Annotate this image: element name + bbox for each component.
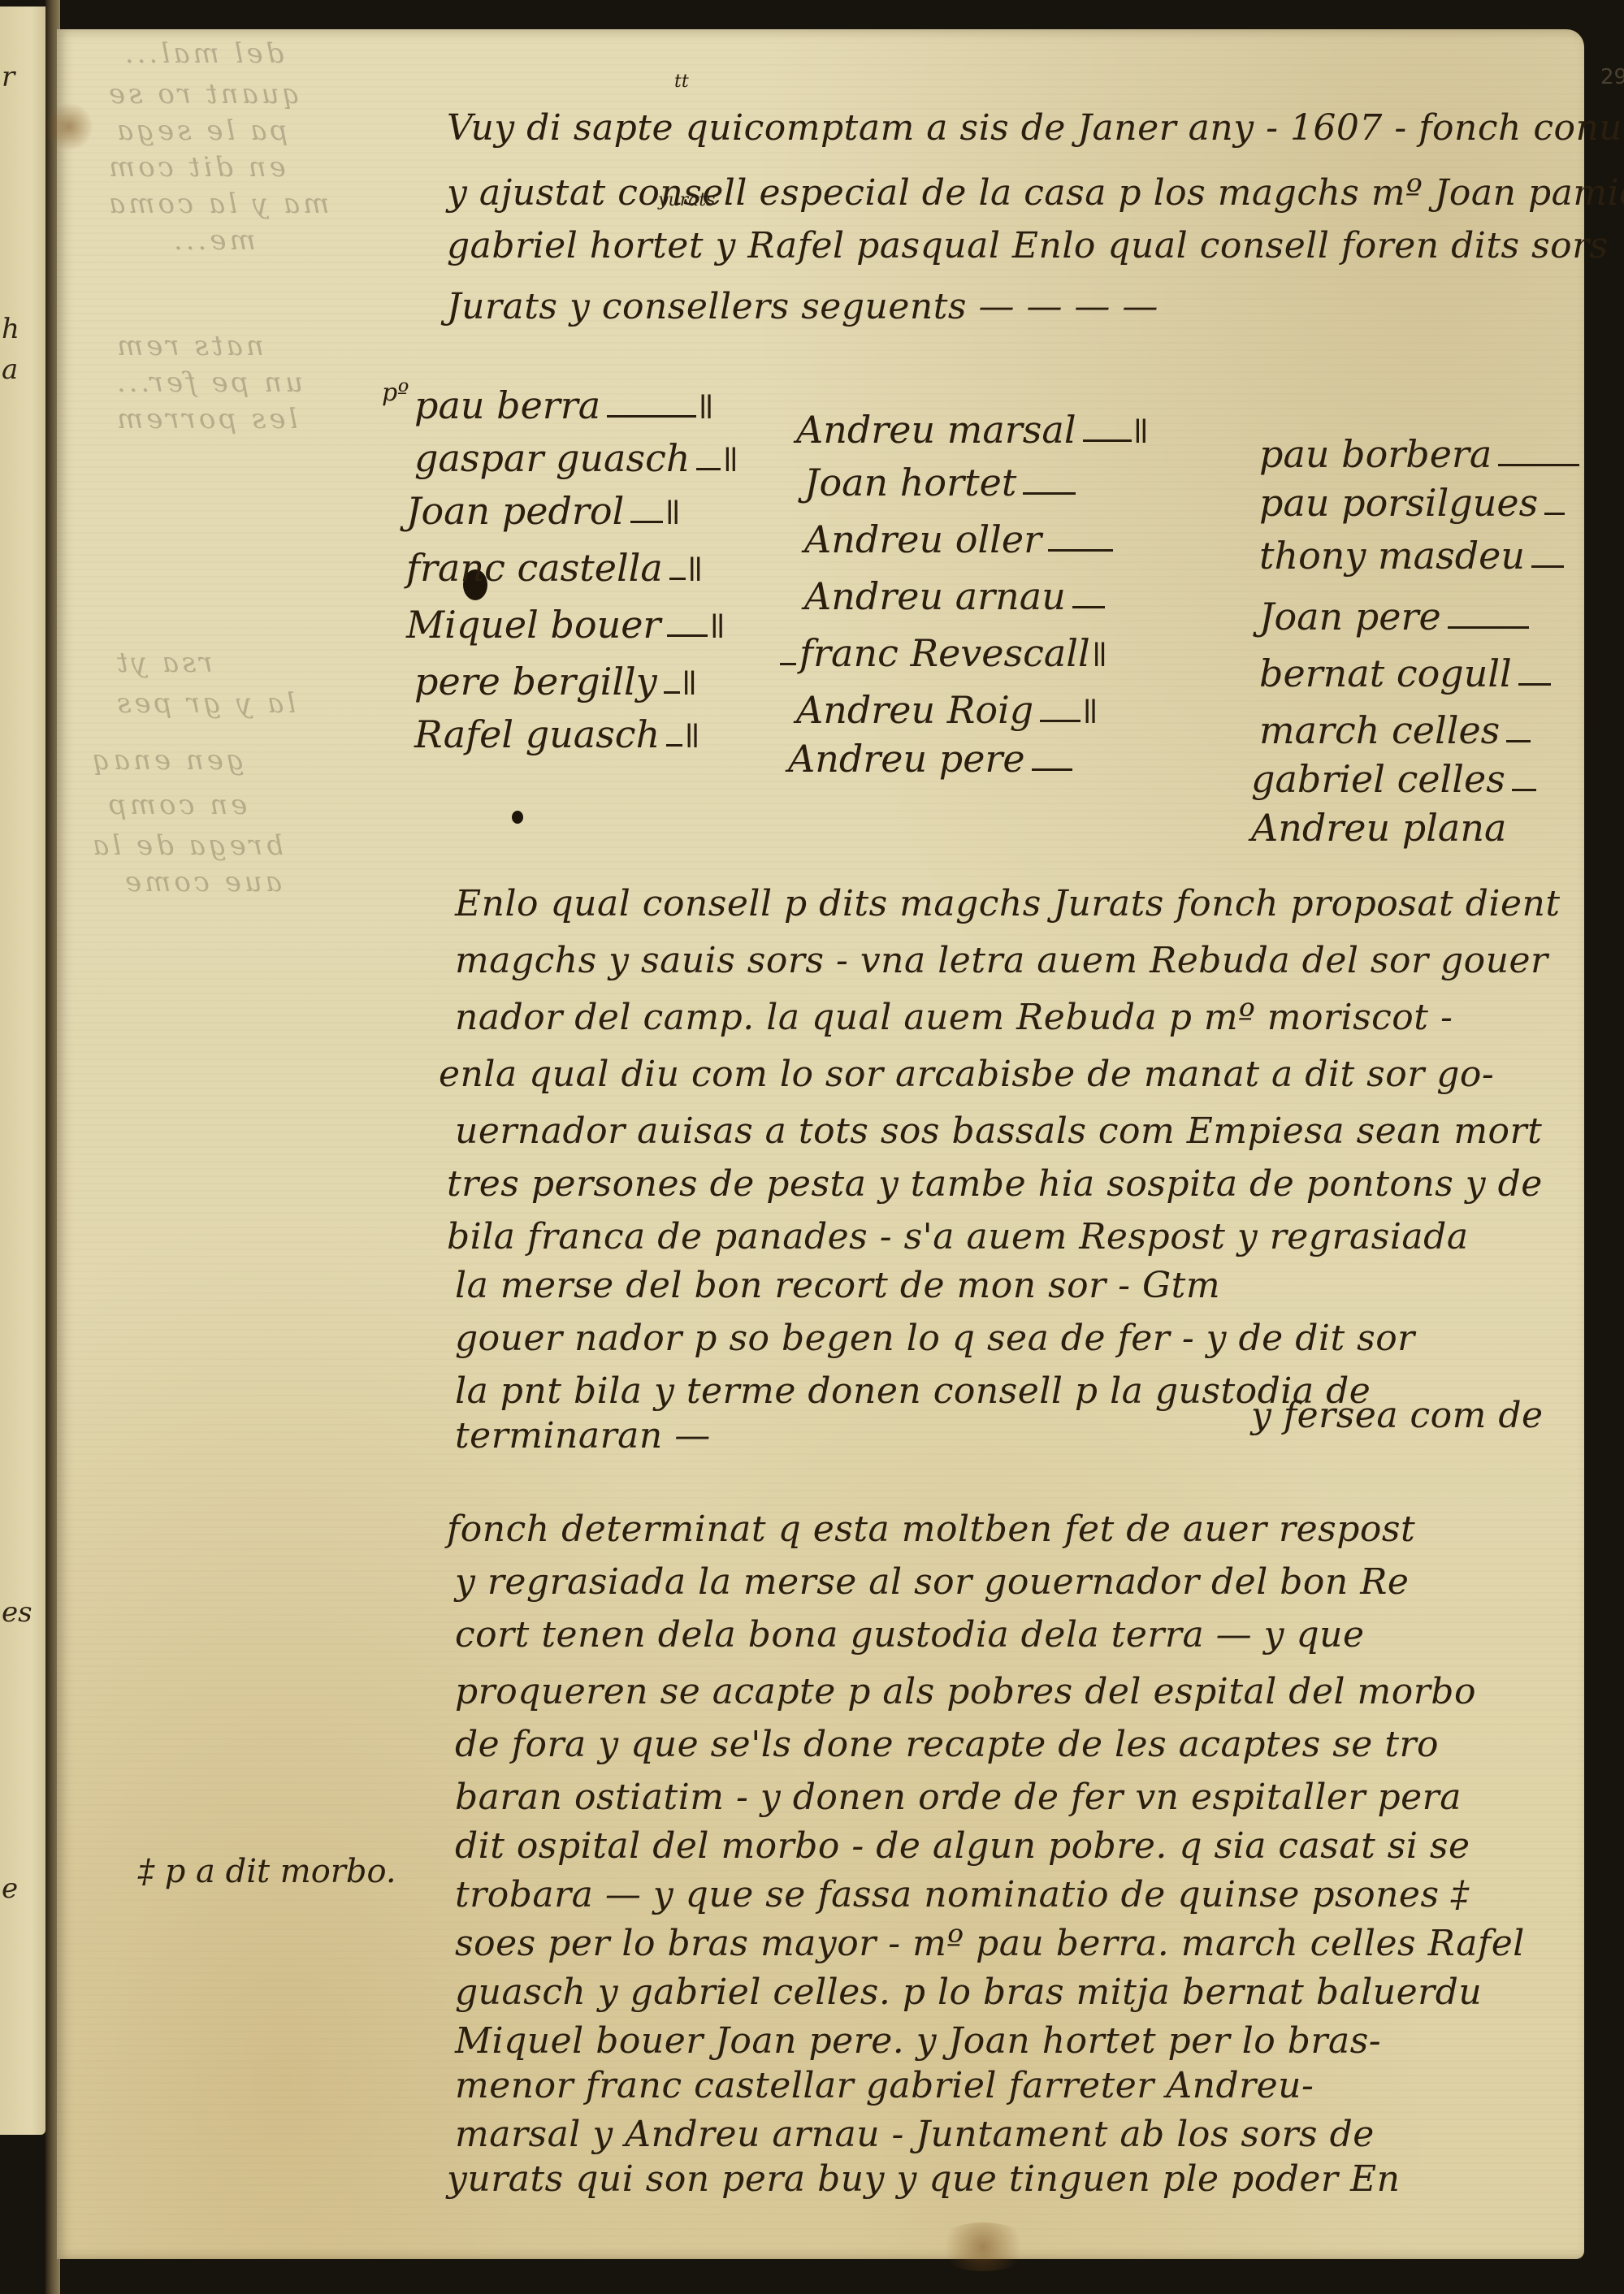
attendee-name: Rafel guasch bbox=[414, 716, 660, 753]
determination-line: proqueren se acapte p als pobres del esp… bbox=[455, 1674, 1476, 1710]
heading-line-3: gabriel hortet y Rafel pasqual Enlo qual… bbox=[447, 228, 1609, 264]
heading-line-4: Jurats y consellers seguents — — — — bbox=[447, 289, 1158, 325]
attendee-name: Miquel bouer bbox=[406, 606, 660, 643]
attendee-entry: Andreu Roigǁ bbox=[796, 691, 1098, 729]
dash-mark bbox=[1083, 439, 1132, 442]
facing-page-fragment: es bbox=[2, 1599, 32, 1626]
dash-mark bbox=[669, 578, 686, 580]
proposal-line: la merse del bon recort de mon sor - Gtm bbox=[455, 1268, 1220, 1304]
tick-mark: ǁ bbox=[1082, 696, 1098, 729]
dash-mark bbox=[1032, 768, 1072, 771]
bleed-through-text: pa le sega bbox=[114, 115, 288, 147]
bleed-through-text: en dit com bbox=[106, 151, 286, 184]
tick-mark: ǁ bbox=[684, 721, 700, 753]
determination-line: trobara — y que se fassa nominatio de qu… bbox=[455, 1877, 1470, 1913]
proposal-line: tres persones de pesta y tambe hia sospi… bbox=[447, 1166, 1543, 1202]
proposal-line: gouer nador p so begen lo q sea de fer -… bbox=[455, 1321, 1415, 1357]
attendee-entry: Andreu oller bbox=[804, 521, 1115, 558]
column-prefix: pº bbox=[382, 379, 409, 407]
facing-page-fragment: h bbox=[2, 315, 19, 343]
attendee-entry: pere bergillyǁ bbox=[414, 663, 697, 700]
bleed-through-text: rsa yt bbox=[114, 647, 213, 679]
attendee-entry: Miquel bouerǁ bbox=[406, 606, 725, 643]
attendee-name: Andreu oller bbox=[804, 521, 1042, 558]
attendee-entry: thony masdeu bbox=[1259, 537, 1564, 574]
dash-mark bbox=[607, 415, 696, 418]
bleed-through-text: del mal... bbox=[122, 37, 284, 70]
heading-line-1: Vuy di sapte quicomptam a sis de Janer a… bbox=[447, 110, 1624, 146]
attendee-name: pau berra bbox=[414, 387, 600, 424]
attendee-entry: gaspar guaschǁ bbox=[414, 439, 738, 477]
attendee-name: pau borbera bbox=[1259, 435, 1492, 473]
folio-number: 295 bbox=[1600, 65, 1624, 89]
tick-mark: ǁ bbox=[665, 497, 681, 530]
determination-line: guasch y gabriel celles. p lo bras mitja… bbox=[455, 1975, 1482, 2010]
facing-page-edge: r h a es e bbox=[0, 6, 45, 2135]
dash-mark bbox=[1448, 626, 1529, 629]
bleed-through-text: nats rem bbox=[114, 330, 264, 362]
facing-page-fragment: a bbox=[2, 356, 18, 383]
dash-mark bbox=[1040, 720, 1081, 722]
attendee-entry: pau borbera bbox=[1259, 435, 1579, 473]
attendee-entry: pau berraǁ bbox=[414, 387, 714, 424]
determination-line: cort tenen dela bona gustodia dela terra… bbox=[455, 1617, 1365, 1653]
dash-mark bbox=[667, 634, 708, 637]
attendee-name: gabriel celles bbox=[1251, 760, 1505, 798]
attendee-entry: bernat cogull bbox=[1259, 655, 1551, 692]
dash-mark bbox=[1544, 513, 1565, 515]
dash-mark bbox=[1498, 464, 1579, 466]
bleed-through-text: en comp bbox=[106, 789, 247, 821]
tick-mark: ǁ bbox=[709, 611, 725, 643]
foxing-stain bbox=[934, 2223, 1032, 2271]
attendee-entry: Joan pere bbox=[1259, 598, 1529, 635]
bleed-through-text: un pe fer... bbox=[114, 366, 303, 399]
attendee-name: pere bergilly bbox=[414, 663, 657, 700]
dash-mark bbox=[1048, 549, 1113, 552]
bleed-through-text: gen enaq bbox=[89, 744, 245, 777]
facing-page-fragment: e bbox=[2, 1875, 18, 1902]
bleed-through-text: les porrem bbox=[114, 403, 297, 435]
manuscript-folio: del mal... quant ro se pa le sega en dit… bbox=[57, 29, 1584, 2259]
dash-mark bbox=[1518, 683, 1551, 686]
determination-line: dit ospital del morbo - de algun pobre. … bbox=[455, 1829, 1470, 1864]
heading-line-2: y ajustat consell especial de la casa p … bbox=[447, 175, 1624, 211]
proposal-line: nador del camp. la qual auem Rebuda p mº… bbox=[455, 1000, 1453, 1036]
attendee-name: Andreu Roig bbox=[796, 691, 1033, 729]
bleed-through-text: ma y la coma bbox=[106, 188, 329, 220]
determination-line: menor franc castellar gabriel farreter A… bbox=[455, 2068, 1314, 2104]
attendee-entry: franc castellaǁ bbox=[406, 549, 704, 586]
tick-mark: ǁ bbox=[698, 392, 714, 424]
determination-line: marsal y Andreu arnau - Juntament ab los… bbox=[455, 2117, 1375, 2153]
bleed-through-text: la y gr pes bbox=[114, 687, 296, 720]
attendee-entry: Andreu arnau bbox=[804, 578, 1106, 615]
attendee-entry: franc Revescallǁ bbox=[780, 634, 1107, 672]
attendee-entry: pau porsilgues bbox=[1259, 484, 1565, 522]
attendee-name: franc castella bbox=[406, 549, 663, 586]
proposal-line: uernador auisas a tots sos bassals com E… bbox=[455, 1114, 1542, 1149]
attendee-name: thony masdeu bbox=[1259, 537, 1525, 574]
bleed-through-text: me... bbox=[171, 224, 256, 257]
tick-mark: ǁ bbox=[722, 444, 738, 477]
attendee-entry: Joan hortet bbox=[804, 464, 1077, 501]
dash-mark bbox=[696, 468, 721, 470]
dash-mark bbox=[1072, 606, 1105, 608]
attendee-name: Andreu arnau bbox=[804, 578, 1066, 615]
ink-blot bbox=[512, 811, 523, 824]
attendee-name: Andreu marsal bbox=[796, 411, 1076, 448]
determination-line: fonch determinat q esta moltben fet de a… bbox=[447, 1512, 1415, 1547]
tick-mark: ǁ bbox=[1133, 416, 1150, 448]
dash-mark bbox=[1512, 789, 1536, 791]
dash-mark bbox=[630, 521, 663, 523]
attendee-name: franc Revescall bbox=[799, 634, 1090, 672]
determination-line: y regrasiada la merse al sor gouernador … bbox=[455, 1565, 1409, 1600]
attendee-entry: Joan pedrolǁ bbox=[406, 492, 681, 530]
dash-mark bbox=[1531, 565, 1564, 568]
attendee-name: gaspar guasch bbox=[414, 439, 690, 477]
attendee-entry: Andreu marsalǁ bbox=[796, 411, 1149, 448]
attendee-name: bernat cogull bbox=[1259, 655, 1512, 692]
proposal-line: y fersea com de bbox=[1251, 1398, 1544, 1434]
interlinear-note: yurats bbox=[658, 190, 715, 210]
margin-annotation: ‡ p a dit morbo. bbox=[138, 1853, 396, 1890]
bleed-through-text: aue come bbox=[122, 866, 282, 898]
tick-mark: ǁ bbox=[682, 668, 698, 700]
tick-mark: ǁ bbox=[1092, 639, 1108, 672]
attendee-entry: Rafel guaschǁ bbox=[414, 716, 700, 753]
attendee-entry: march celles bbox=[1259, 712, 1531, 749]
determination-line: soes per lo bras mayor - mº pau berra. m… bbox=[455, 1926, 1525, 1962]
attendee-name: pau porsilgues bbox=[1259, 484, 1538, 522]
proposal-line: la pnt bila y terme donen consell p la g… bbox=[455, 1374, 1371, 1409]
facing-page-fragment: r bbox=[2, 63, 15, 91]
attendee-name: Joan pedrol bbox=[406, 492, 624, 530]
bleed-through-text: brega de la bbox=[89, 829, 284, 862]
proposal-line: bila franca de panades - s'a auem Respos… bbox=[447, 1219, 1469, 1255]
determination-line: Miquel bouer Joan pere. y Joan hortet pe… bbox=[455, 2023, 1381, 2059]
determination-line: baran ostiatim - y donen orde de fer vn … bbox=[455, 1780, 1462, 1816]
attendee-name: Andreu pere bbox=[788, 740, 1025, 777]
proposal-line: Enlo qual consell p dits magchs Jurats f… bbox=[455, 886, 1561, 922]
attendee-entry: Andreu plana bbox=[1251, 809, 1506, 846]
attendee-name: Andreu plana bbox=[1251, 809, 1506, 846]
scan-background: r h a es e del mal... quant ro se pa le … bbox=[0, 0, 1624, 2294]
attendee-name: Joan hortet bbox=[804, 464, 1016, 501]
dash-mark bbox=[666, 744, 682, 747]
determination-line: de fora y que se'ls done recapte de les … bbox=[455, 1727, 1439, 1763]
dash-mark bbox=[664, 691, 680, 694]
bleed-through-text: quant ro se bbox=[106, 78, 300, 110]
dash-mark bbox=[1023, 492, 1076, 495]
attendee-entry: gabriel celles bbox=[1251, 760, 1536, 798]
proposal-line: magchs y sauis sors - vna letra auem Reb… bbox=[455, 943, 1548, 979]
foxing-stain bbox=[45, 102, 93, 151]
tick-mark: ǁ bbox=[687, 554, 704, 586]
dash-mark bbox=[780, 663, 796, 665]
interlinear-note: tt bbox=[674, 71, 689, 92]
attendee-entry: Andreu pere bbox=[788, 740, 1072, 777]
attendee-name: Joan pere bbox=[1259, 598, 1441, 635]
attendee-name: march celles bbox=[1259, 712, 1500, 749]
proposal-line: enla qual diu com lo sor arcabisbe de ma… bbox=[439, 1057, 1494, 1093]
proposal-line: terminaran — bbox=[455, 1418, 711, 1454]
determination-line: yurats qui son pera buy y que tinguen pl… bbox=[447, 2162, 1400, 2197]
dash-mark bbox=[1506, 740, 1531, 742]
